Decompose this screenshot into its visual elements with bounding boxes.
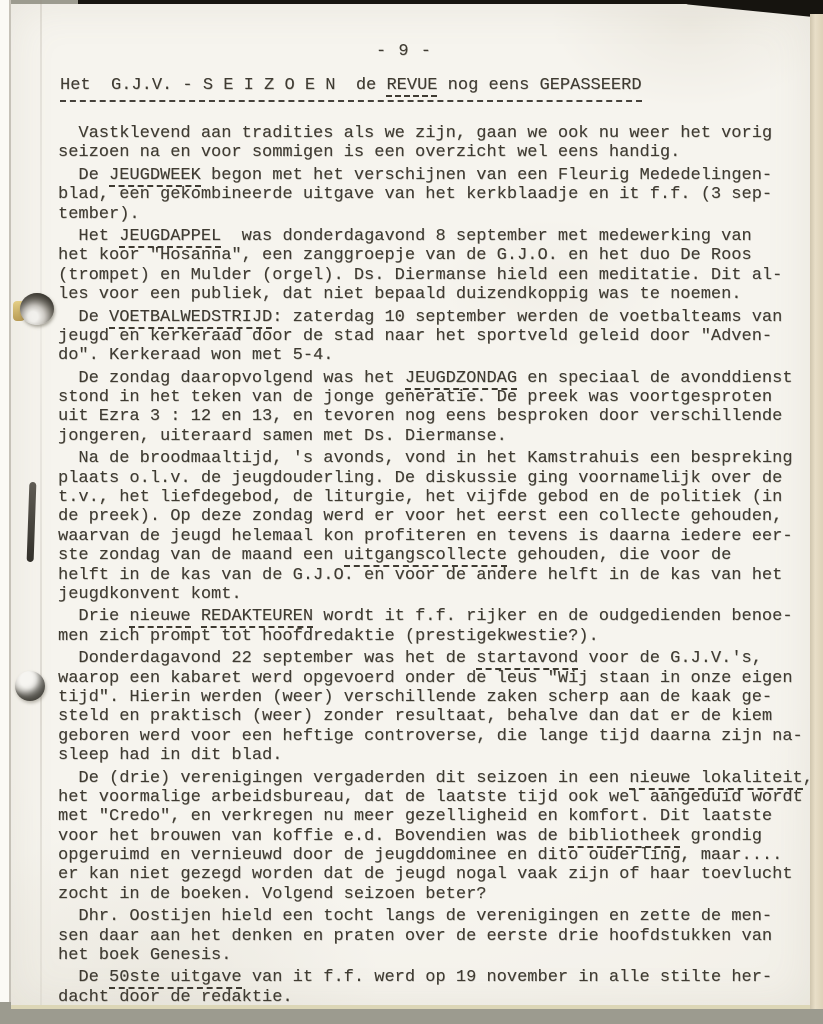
text-segment: geboren werd voor een heftige controvers… [58, 727, 803, 746]
text-segment: was donderdagavond 8 september met medew… [221, 227, 752, 246]
text-segment: blad, een gekombineerde uitgave van het … [58, 185, 772, 204]
underlined-text: nieuwe lokaliteit [629, 769, 802, 790]
text-line: De zondag daaropvolgend was het JEUGDZON… [58, 369, 820, 388]
underlined-text: JEUGDWEEK [109, 166, 201, 187]
text-line: (trompet) en Mulder (orgel). Ds. Dierman… [58, 266, 820, 285]
text-segment: De (drie) verenigingen vergaderden dit s… [58, 769, 629, 788]
text-segment: tijd". Hierin werden (weer) verschillend… [58, 688, 772, 707]
text-line: jeugdkonvent komt. [58, 585, 820, 604]
text-line: do". Kerkeraad won met 5-4. [58, 346, 820, 365]
text-segment: helft in de kas van de G.J.O. en voor de… [58, 566, 782, 585]
text-segment: ste zondag van de maand een [58, 546, 344, 565]
text-segment: nog eens [437, 76, 539, 95]
text-segment: les voor een publiek, dat niet bepaald d… [58, 285, 742, 304]
underlined-text: REDAKTEUREN [201, 607, 313, 628]
text-line: Dhr. Oostijen hield een tocht langs de v… [58, 907, 820, 926]
underlined-text: bibliotheek [568, 827, 680, 848]
text-line: het koor "Hosanna", een zanggroepje van … [58, 246, 820, 265]
text-line: tijd". Hierin werden (weer) verschillend… [58, 688, 820, 707]
underlined-text: nieuwe [129, 607, 190, 628]
text-line: De 50ste uitgave van it f.f. werd op 19 … [58, 968, 820, 987]
text-line: opgeruimd en vernieuwd door de jeugddomi… [58, 846, 820, 865]
text-line: Het JEUGDAPPEL was donderdagavond 8 sept… [58, 227, 820, 246]
text-line: jeugd en kerkeraad door de stad naar het… [58, 327, 820, 346]
text-segment: De [58, 968, 109, 987]
paragraph: Dhr. Oostijen hield een tocht langs de v… [58, 907, 820, 965]
paper-crease [40, 0, 42, 1008]
paragraph: De JEUGDWEEK begon met het verschijnen v… [58, 166, 820, 224]
text-segment: jeugdkonvent komt. [58, 585, 242, 604]
binder-post-top-icon [20, 293, 54, 325]
text-line: steld en praktisch (weer) zonder resulta… [58, 707, 820, 726]
text-segment: de preek). Op deze zondag werd er voor h… [58, 507, 782, 526]
text-segment: De [58, 166, 109, 185]
text-segment: Het [60, 76, 111, 95]
underlined-text: REVUE [386, 76, 437, 97]
text-segment: Het [58, 227, 119, 246]
underlined-text: JEUGDAPPEL [119, 227, 221, 248]
text-line: sen daar aan het denken en praten over d… [58, 927, 820, 946]
text-line: geboren werd voor een heftige controvers… [58, 727, 820, 746]
text-segment: : zaterdag 10 september werden de voetba… [272, 308, 782, 327]
text-segment: wordt it f.f. rijker en de oudgedienden … [313, 607, 792, 626]
page-number: - 9 - [58, 42, 750, 62]
paragraph: Vastklevend aan tradities als we zijn, g… [58, 124, 820, 163]
text-segment: dacht door de redaktie. [58, 988, 293, 1007]
text-segment: sen daar aan het denken en praten over d… [58, 927, 772, 946]
text-line: plaats o.l.v. de jeugdouderling. De disk… [58, 469, 820, 488]
paragraph: Drie nieuwe REDAKTEUREN wordt it f.f. ri… [58, 607, 820, 646]
text-segment: waarvan de jeugd helemaal kon profiteren… [58, 527, 793, 546]
paragraph: Na de broodmaaltijd, 's avonds, vond in … [58, 449, 820, 604]
text-line: De JEUGDWEEK begon met het verschijnen v… [58, 166, 820, 185]
underlined-text: JEUGDZONDAG [405, 369, 517, 390]
paragraph: De 50ste uitgave van it f.f. werd op 19 … [58, 968, 820, 1007]
text-segment: Drie [58, 607, 129, 626]
text-line: les voor een publiek, dat niet bepaald d… [58, 285, 820, 304]
text-line: er kan niet gezegd worden dat de jeugd n… [58, 865, 820, 884]
article-title: Het G.J.V. - S E I Z O E N de REVUE nog … [60, 76, 642, 102]
paragraph: De zondag daaropvolgend was het JEUGDZON… [58, 369, 820, 447]
text-line: zocht in de boeken. Volgend seizoen bete… [58, 885, 820, 904]
text-segment: zocht in de boeken. Volgend seizoen bete… [58, 885, 486, 904]
underlined-text: uitgangscollecte [344, 546, 507, 567]
text-segment [191, 607, 201, 626]
text-segment: Na de broodmaaltijd, 's avonds, vond in … [58, 449, 793, 468]
text-line: De (drie) verenigingen vergaderden dit s… [58, 769, 820, 788]
text-segment: Vastklevend aan tradities als we zijn, g… [58, 124, 772, 143]
text-line: de preek). Op deze zondag werd er voor h… [58, 507, 820, 526]
text-segment: seizoen na en voor sommigen is een overz… [58, 143, 680, 162]
text-segment: G.J.V. - S E I Z O E N de [111, 76, 386, 95]
text-segment: , [803, 769, 813, 788]
paragraph: De (drie) verenigingen vergaderden dit s… [58, 769, 820, 905]
text-line: dacht door de redaktie. [58, 988, 820, 1007]
text-line: waarop een kabaret werd opgevoerd onder … [58, 669, 820, 688]
text-line: Drie nieuwe REDAKTEUREN wordt it f.f. ri… [58, 607, 820, 626]
text-line: met "Credo", en verkregen nu meer gezell… [58, 807, 820, 826]
text-segment: De [58, 308, 109, 327]
text-segment: gehouden, die voor de [507, 546, 731, 565]
text-line: uit Ezra 3 : 12 en 13, en tevoren nog ee… [58, 407, 820, 426]
text-line: blad, een gekombineerde uitgave van het … [58, 185, 820, 204]
paragraph: Het JEUGDAPPEL was donderdagavond 8 sept… [58, 227, 820, 305]
underlined-text: startavond [476, 649, 578, 670]
text-segment: met "Credo", en verkregen nu meer gezell… [58, 807, 772, 826]
text-line: het boek Genesis. [58, 946, 820, 965]
text-segment: plaats o.l.v. de jeugdouderling. De disk… [58, 469, 782, 488]
text-segment: Dhr. Oostijen hield een tocht langs de v… [58, 907, 772, 926]
paragraph: Donderdagavond 22 september was het de s… [58, 649, 820, 765]
scan-edge-bottom [0, 1009, 823, 1024]
text-segment: tember). [58, 205, 140, 224]
scanned-page: - 9 - Het G.J.V. - S E I Z O E N de REVU… [0, 0, 823, 1024]
text-line: t.v., het liefdegebod, de liturgie, het … [58, 488, 820, 507]
text-segment: het boek Genesis. [58, 946, 231, 965]
article-body: Vastklevend aan tradities als we zijn, g… [58, 124, 820, 1007]
underlined-text: 50ste uitgave [109, 968, 242, 989]
text-segment: grondig [680, 827, 762, 846]
text-segment: het voormalige arbeidsbureau, dat de laa… [58, 788, 803, 807]
text-segment: uit Ezra 3 : 12 en 13, en tevoren nog ee… [58, 407, 782, 426]
text-segment: begon met het verschijnen van een Fleuri… [201, 166, 772, 185]
text-segment: en speciaal de avonddienst [517, 369, 792, 388]
text-line: sleep had in dit blad. [58, 746, 820, 765]
text-segment: De zondag daaropvolgend was het [58, 369, 405, 388]
text-segment: (trompet) en Mulder (orgel). Ds. Dierman… [58, 266, 782, 285]
text-segment: jongeren, uiteraard samen met Ds. Dierma… [58, 427, 507, 446]
text-line: Vastklevend aan tradities als we zijn, g… [58, 124, 820, 143]
binder-post-bottom-icon [15, 671, 45, 701]
text-segment: er kan niet gezegd worden dat de jeugd n… [58, 865, 793, 884]
text-line: Donderdagavond 22 september was het de s… [58, 649, 820, 668]
text-line: men zich prompt tot hoofdredaktie (prest… [58, 627, 820, 646]
text-line: waarvan de jeugd helemaal kon profiteren… [58, 527, 820, 546]
paragraph: De VOETBALWEDSTRIJD: zaterdag 10 septemb… [58, 308, 820, 366]
text-segment: van it f.f. werd op 19 november in alle … [242, 968, 773, 987]
text-segment: stond in het teken van de jonge generati… [58, 388, 772, 407]
text-line: het voormalige arbeidsbureau, dat de laa… [58, 788, 820, 807]
text-line: voor het brouwen van koffie e.d. Bovendi… [58, 827, 820, 846]
text-line: seizoen na en voor sommigen is een overz… [58, 143, 820, 162]
text-segment: steld en praktisch (weer) zonder resulta… [58, 707, 772, 726]
text-segment: het koor "Hosanna", een zanggroepje van … [58, 246, 752, 265]
text-segment: jeugd en kerkeraad door de stad naar het… [58, 327, 772, 346]
text-segment: sleep had in dit blad. [58, 746, 282, 765]
text-segment: voor de G.J.V.'s, [578, 649, 762, 668]
text-segment: men zich prompt tot hoofdredaktie (prest… [58, 627, 599, 646]
underlined-text: VOETBALWEDSTRIJD [109, 308, 272, 329]
text-line: tember). [58, 205, 820, 224]
text-segment: t.v., het liefdegebod, de liturgie, het … [58, 488, 782, 507]
text-line: De VOETBALWEDSTRIJD: zaterdag 10 septemb… [58, 308, 820, 327]
text-line: ste zondag van de maand een uitgangscoll… [58, 546, 820, 565]
text-segment: voor het brouwen van koffie e.d. Bovendi… [58, 827, 568, 846]
text-line: jongeren, uiteraard samen met Ds. Dierma… [58, 427, 820, 446]
text-segment: GEPASSEERD [540, 76, 642, 95]
page-stack-edge-left [0, 0, 11, 1002]
text-line: Na de broodmaaltijd, 's avonds, vond in … [58, 449, 820, 468]
text-segment: do". Kerkeraad won met 5-4. [58, 346, 333, 365]
text-segment: opgeruimd en vernieuwd door de jeugddomi… [58, 846, 782, 865]
text-segment: waarop een kabaret werd opgevoerd onder … [58, 669, 793, 688]
typed-content: - 9 - Het G.J.V. - S E I Z O E N de REVU… [58, 42, 820, 1010]
text-line: helft in de kas van de G.J.O. en voor de… [58, 566, 820, 585]
text-segment: Donderdagavond 22 september was het de [58, 649, 476, 668]
text-line: stond in het teken van de jonge generati… [58, 388, 820, 407]
